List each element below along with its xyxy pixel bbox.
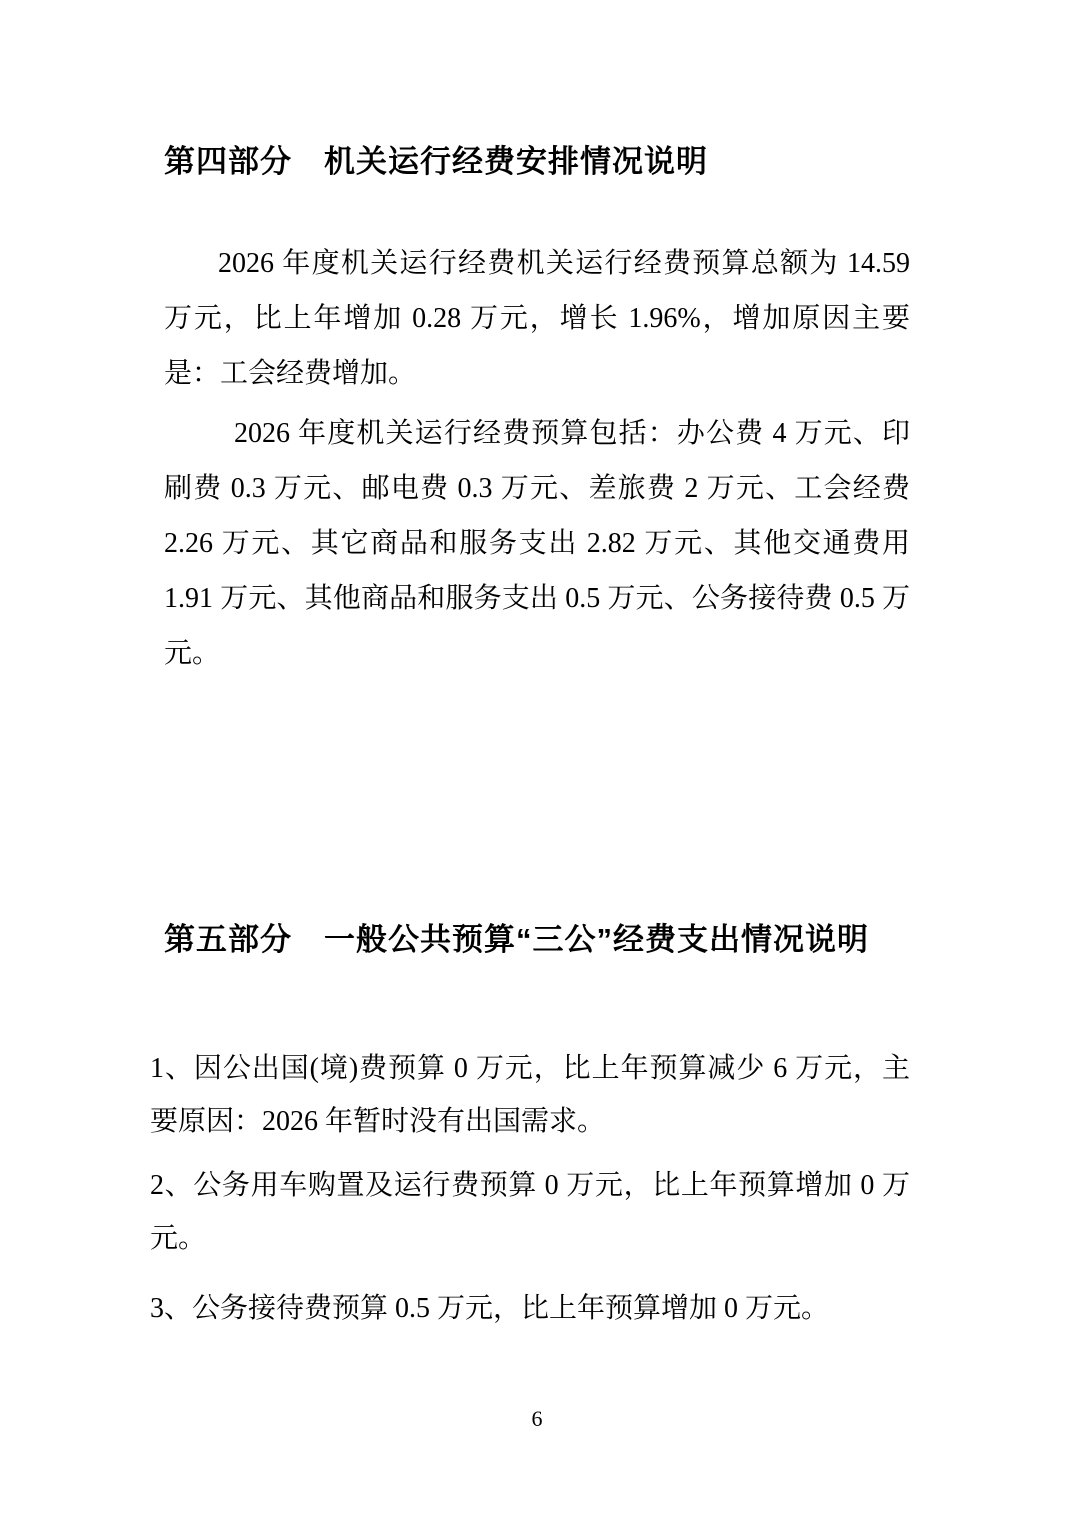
section-4-paragraph-2: 2026 年度机关运行经费预算包括：办公费 4 万元、印刷费 0.3 万元、邮电… xyxy=(164,406,910,681)
list-item-1: 1、因公出国(境)费预算 0 万元，比上年预算减少 6 万元，主要原因：2026… xyxy=(150,1042,910,1148)
section-5-item-list: 1、因公出国(境)费预算 0 万元，比上年预算减少 6 万元，主要原因：2026… xyxy=(150,1042,910,1335)
document-body: 第四部分 机关运行经费安排情况说明 2026 年度机关运行经费机关运行经费预算总… xyxy=(164,0,910,1335)
list-item-3: 3、公务接待费预算 0.5 万元，比上年预算增加 0 万元。 xyxy=(150,1282,910,1335)
section-4-heading: 第四部分 机关运行经费安排情况说明 xyxy=(164,142,910,182)
page-number: 6 xyxy=(0,1404,1074,1434)
section-5-heading: 第五部分 一般公共预算“三公”经费支出情况说明 xyxy=(164,920,910,960)
section-4-paragraph-1: 2026 年度机关运行经费机关运行经费预算总额为 14.59 万元，比上年增加 … xyxy=(164,236,910,401)
document-page: 第四部分 机关运行经费安排情况说明 2026 年度机关运行经费机关运行经费预算总… xyxy=(0,0,1074,1520)
list-item-2: 2、公务用车购置及运行费预算 0 万元，比上年预算增加 0 万元。 xyxy=(150,1159,910,1265)
